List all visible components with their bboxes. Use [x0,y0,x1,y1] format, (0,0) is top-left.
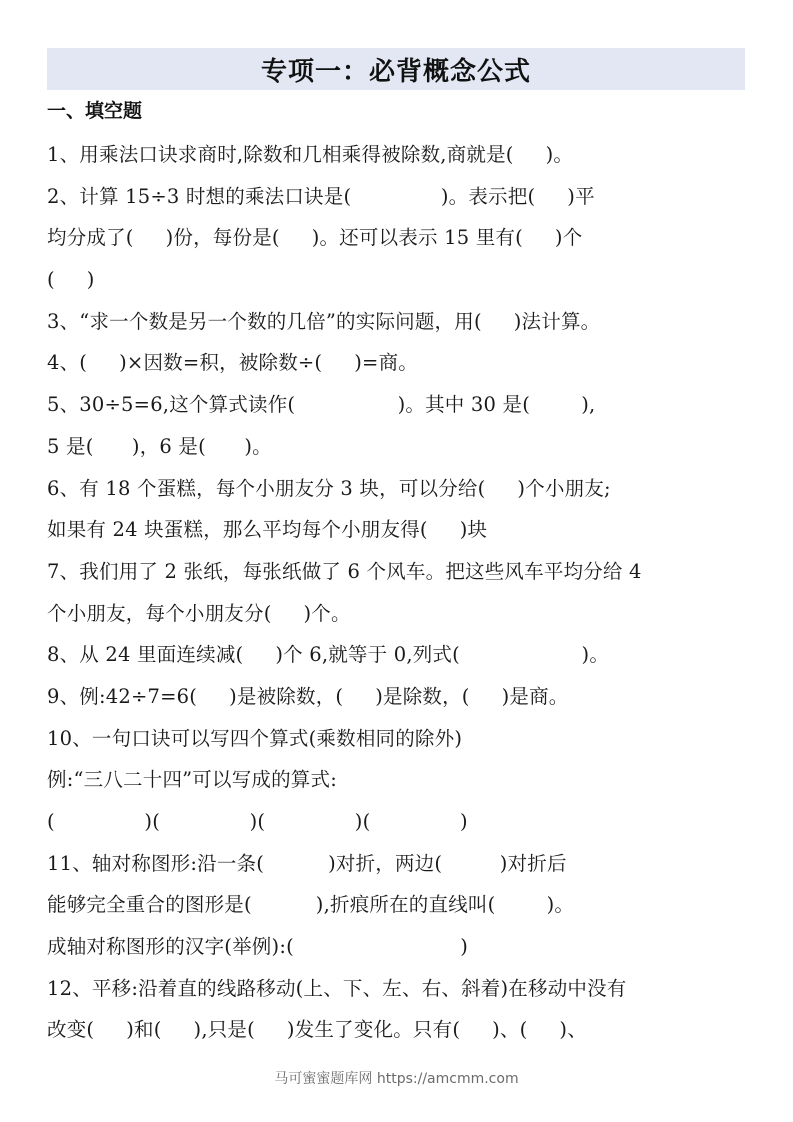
page-title: 专项一：必背概念公式 [261,51,531,88]
question-8: 8、从 24 里面连续减( )个 6,就等于 0,列式( )。 [47,634,753,676]
title-banner: 专项一：必背概念公式 [47,48,745,90]
question-9: 9、例:42÷7=6( )是被除数，( )是除数，( )是商。 [47,676,753,718]
question-4: 4、( )×因数=积，被除数÷( )=商。 [47,342,753,384]
question-2-line-1: 2、计算 15÷3 时想的乘法口诀是( )。表示把( )平 [47,176,753,218]
question-7-line-1: 7、我们用了 2 张纸，每张纸做了 6 个风车。把这些风车平均分给 4 [47,551,753,593]
question-2-line-2: 均分成了( )份，每份是( )。还可以表示 15 里有( )个 [47,217,753,259]
question-12-line-2: 改变( )和( ),只是( )发生了变化。只有( )、( )、 [47,1009,753,1051]
question-2-line-3: ( ) [47,259,753,301]
question-1: 1、用乘法口诀求商时,除数和几相乘得被除数,商就是( )。 [47,134,753,176]
question-5-line-2: 5 是( )，6 是( )。 [47,426,753,468]
question-3: 3、“求一个数是另一个数的几倍”的实际问题，用( )法计算。 [47,301,753,343]
question-11-line-2: 能够完全重合的图形是( ),折痕所在的直线叫( )。 [47,884,753,926]
question-10-blanks: ( )( )( )( ) [47,801,753,843]
question-5-line-1: 5、30÷5=6,这个算式读作( )。其中 30 是( ), [47,384,753,426]
question-12-line-1: 12、平移:沿着直的线路移动(上、下、左、右、斜着)在移动中没有 [47,968,753,1010]
question-list: 1、用乘法口诀求商时,除数和几相乘得被除数,商就是( )。 2、计算 15÷3 … [47,134,753,1051]
question-10-line-2: 例:“三八二十四”可以写成的算式: [47,759,753,801]
footer-watermark: 马可蜜蜜题库网 https://amcmm.com [0,1068,793,1088]
question-6-line-2: 如果有 24 块蛋糕，那么平均每个小朋友得( )块 [47,509,753,551]
question-11-line-1: 11、轴对称图形:沿一条( )对折，两边( )对折后 [47,843,753,885]
question-11-line-3: 成轴对称图形的汉字(举例):( ) [47,926,753,968]
question-6-line-1: 6、有 18 个蛋糕，每个小朋友分 3 块，可以分给( )个小朋友; [47,468,753,510]
section-heading: 一、填空题 [47,96,142,123]
question-10-line-1: 10、一句口诀可以写四个算式(乘数相同的除外) [47,718,753,760]
question-7-line-2: 个小朋友，每个小朋友分( )个。 [47,593,753,635]
